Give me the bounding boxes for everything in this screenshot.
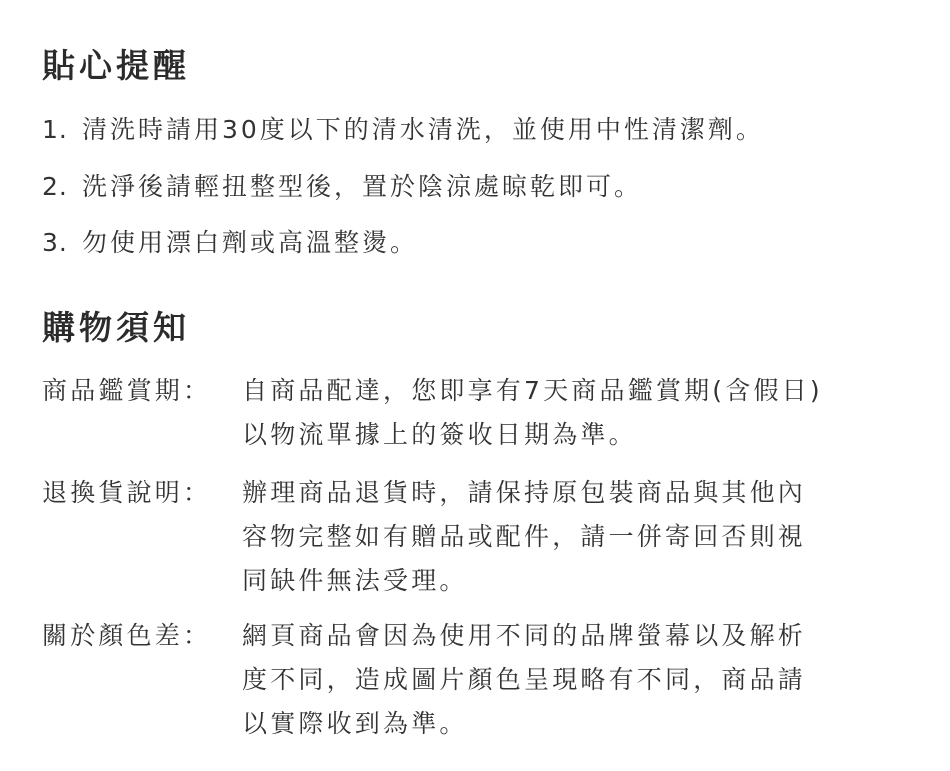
notice-line: 網頁商品會因為使用不同的品牌螢幕以及解析 <box>242 614 902 658</box>
notice-line: 自商品配達，您即享有7天商品鑑賞期(含假日) <box>242 369 902 413</box>
notice-line: 同缺件無法受理。 <box>242 559 902 603</box>
notice-value: 自商品配達，您即享有7天商品鑑賞期(含假日) 以物流單據上的簽收日期為準。 <box>242 369 902 457</box>
care-item: 2.洗淨後請輕扭整型後，置於陰涼處晾乾即可。 <box>42 169 642 205</box>
notice-line: 容物完整如有贈品或配件，請一併寄回否則視 <box>242 515 902 559</box>
care-item-number: 1. <box>42 112 82 148</box>
care-item: 3.勿使用漂白劑或高溫整燙。 <box>42 225 418 261</box>
shopping-section-title: 購物須知 <box>42 308 190 348</box>
notice-line: 以物流單據上的簽收日期為準。 <box>242 413 902 457</box>
notice-value: 網頁商品會因為使用不同的品牌螢幕以及解析 度不同，造成圖片顏色呈現略有不同，商品… <box>242 614 902 746</box>
care-item: 1.清洗時請用30度以下的清水清洗，並使用中性清潔劑。 <box>42 112 764 148</box>
notice-row-return-policy: 退換貨說明： 辦理商品退貨時，請保持原包裝商品與其他內 容物完整如有贈品或配件，… <box>42 471 922 603</box>
care-item-number: 3. <box>42 225 82 261</box>
care-item-text: 勿使用漂白劑或高溫整燙。 <box>82 228 418 257</box>
care-item-text: 洗淨後請輕扭整型後，置於陰涼處晾乾即可。 <box>82 172 642 201</box>
care-item-number: 2. <box>42 169 82 205</box>
notice-line: 辦理商品退貨時，請保持原包裝商品與其他內 <box>242 471 902 515</box>
care-section-title: 貼心提醒 <box>42 46 190 86</box>
care-item-text: 清洗時請用30度以下的清水清洗，並使用中性清潔劑。 <box>82 115 764 144</box>
notice-line: 以實際收到為準。 <box>242 702 902 746</box>
notice-label: 商品鑑賞期： <box>42 369 242 457</box>
notice-line: 度不同，造成圖片顏色呈現略有不同，商品請 <box>242 658 902 702</box>
notice-label: 關於顏色差： <box>42 614 242 746</box>
notice-value: 辦理商品退貨時，請保持原包裝商品與其他內 容物完整如有贈品或配件，請一併寄回否則… <box>242 471 902 603</box>
notice-row-color-difference: 關於顏色差： 網頁商品會因為使用不同的品牌螢幕以及解析 度不同，造成圖片顏色呈現… <box>42 614 922 746</box>
notice-label: 退換貨說明： <box>42 471 242 603</box>
notice-row-appreciation-period: 商品鑑賞期： 自商品配達，您即享有7天商品鑑賞期(含假日) 以物流單據上的簽收日… <box>42 369 922 457</box>
